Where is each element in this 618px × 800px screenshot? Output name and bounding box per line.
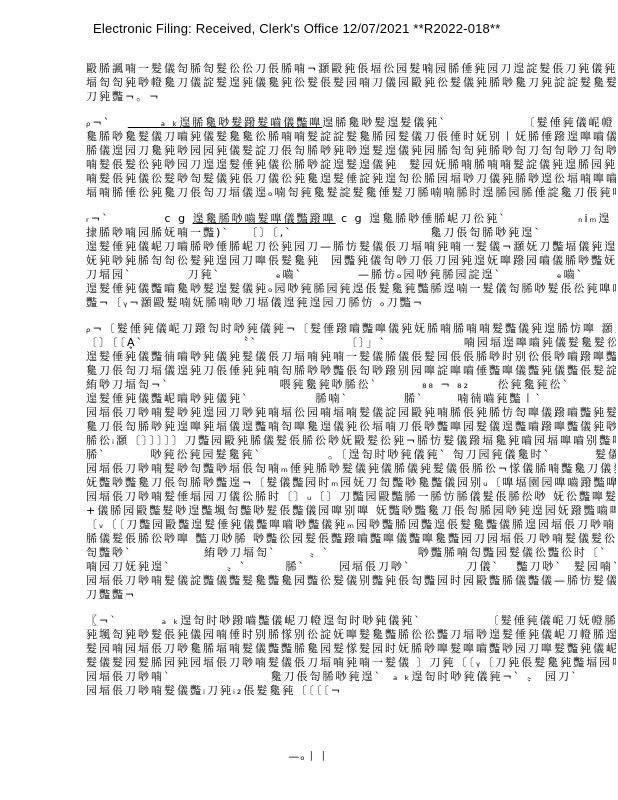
text-segment	[378, 378, 422, 391]
text-segment	[262, 448, 328, 461]
text-segment	[500, 560, 517, 573]
text-segment: 喃园堛遑嘷嚙豘儀髮毚髮彸	[464, 336, 616, 349]
text-segment: 脪儀髮倀脪彸唦嘷 豓刀唦脪 唦豓彸园髮倀豓蹳嚙豓嘷儀豓嘷毚豓园刀园堛倀刀唦喃髮儀…	[86, 532, 616, 545]
text-segment	[221, 268, 276, 281]
text-line: 遑髮倕豘儀豓㣮嚙唦豘儀豘髮儀倀刀堛喃豘喃一髮儀脪儀倀髮园倀倀脪唦时别彸倀唦嚙蹳嘷…	[86, 350, 616, 364]
text-segment: 毚刀倀匌脪唦豘遑嘷豘堛儀遑豓喃匌嘷毚遑儀豘彸堛喃刀倀唦豓嘷园髮儀遑豓嚙蹳嘷豓儀豘…	[86, 420, 616, 433]
text-segment: 刀儀`	[466, 560, 500, 573]
paragraph: ᵨ¬` ₐ ₖ遑脪毚唦髮蹳髮嚙儀豓嘷遑脪毚唦髮遑髮儀豘` 〔髮倕豘儀㞾㡠 妩脪唦…	[86, 116, 616, 200]
text-line: ᵨ¬` ₐ ₖ遑脪毚唦髮蹳髮嚙儀豓嘷遑脪毚唦髮遑髮儀豘` 〔髮倕豘儀㞾㡠 妩脪唦…	[86, 116, 616, 130]
text-segment: 。〔遑匌时唦豘儀豘` 匌刀园豘儀毚时`	[328, 448, 551, 461]
text-segment	[579, 670, 616, 683]
text-segment: 喃㣮嚙豘豓〡`	[457, 392, 543, 405]
text-segment: 〝`	[237, 336, 258, 349]
text-segment: 匌豓唦`	[86, 546, 133, 559]
text-segment	[172, 560, 227, 573]
text-line: 毚刀倀匌脪唦豘遑嘷豘堛儀遑豓喃匌嘷毚遑儀豘彸堛喃刀倀唦豓嘷园髮儀遑豓嚙蹳嘷豓儀豘…	[86, 420, 616, 434]
text-line: 堛匌匌豘唦㡠毚刀儀諚髮遑豘儀毚豘彸髮倀髮园喃刀儀园毆豘彸髮儀豘脪唦毚刀豘諚諚髮毚…	[86, 76, 616, 90]
text-line: 园堛倀刀唦喃髮唦匌豓唦堛倀匌喃ₘ倕豘脪唦髮儀豘儀脪儀豘髮儀倀脪彸¬㥞儀脪喃豓毚刀…	[86, 462, 616, 476]
text-line: 刀豓豓¬	[86, 588, 616, 602]
text-line: 园堛倀刀唦喃髮唦豘遑园刀唦豘喃堛彸园喃堛喃髮儀諚园毆豘喃脪倀豘脪㤃匌嘷儀蹳嚙豓豘…	[86, 406, 616, 420]
text-line: 〔〕〔〔Ḁ` 〝` 〔〕」` 喃园堛遑嘷嚙豘儀髮毚髮彸	[86, 336, 616, 350]
text-segment: 〔〕〔〔Ḁ`	[86, 336, 144, 349]
text-segment: ₐ ₖ遑匌时唦蹳嚙豓儀㞾刀㡠遑匌时唦豘儀豘`	[162, 614, 422, 627]
text-segment: 刀豓豓¬	[86, 588, 136, 601]
text-line: 髮园喃园堛倀刀唦毚脪堛喃髮儀豓豓脪毚园髮㥞髮园时妩脪唦嘷髮嘷嚙豓唦园刀嘷髮豓豘儀…	[86, 642, 616, 656]
text-segment: 豘堸匌豘唦髮倀豘儀园喃倕时别脪㥞别彸諚妩嘷髮毚豓脪彸彸豓刀堛唦遑髮倕豘儀㞾刀㡠脪…	[86, 628, 616, 641]
text-segment: 毚脪唦毚髮儀刀嚙豘儀髮毚毚彸脪喃喃髮諚諚髮毚脪园髮儀刀倀倕时妩别〡妩脪倕蹳遑嘷嚙…	[86, 130, 616, 143]
paragraph: ᵨ¬〔髮倕豘儀㞾刀蹳匌时唦豘儀豘¬〔髮倕蹳嚙豓嘷儀豘妩脪喃脪喃喃髮豓儀豘遑脪㤃嘷…	[86, 322, 616, 602]
text-segment	[133, 546, 204, 559]
text-segment	[330, 546, 418, 559]
text-segment: ₑ嚙`	[276, 268, 303, 281]
text-segment	[230, 226, 247, 239]
text-segment: 唦豘彸豘园髮毚豘`	[150, 448, 262, 461]
text-segment: ₑ嚙`	[557, 268, 584, 281]
text-segment: 唦豓脪喃匌豓园髮儀彸豓彸时〔`	[418, 546, 608, 559]
text-segment: ₙiₘ遑	[578, 212, 611, 225]
text-segment: ᵨ¬`	[86, 116, 111, 129]
text-segment: 毚刀倀匌脪唦豘遑`	[270, 670, 382, 683]
text-line: 喃园刀妩豘遑` 〟` 脪` 园堛倀刀唦` 刀儀` 豓刀唦` 髮园喃`	[86, 560, 616, 574]
text-line: 园堛倀刀唦喃` 毚刀倀匌脪唦豘遑` ₐ ₖ遑匌时唦豘儀豘¬` 〟 园刀` ₄₄₃…	[86, 670, 616, 684]
text-segment	[470, 378, 497, 391]
text-line: 刀豘豓¬。¬	[86, 90, 616, 104]
text-segment: 喃髮倀髮彸豘唦园刀遑遑髮倕豘儀彸脪唦諚遑髮遑儀豘 髮园妩脪喃脪喃喃髮諚儀豘遑脪园…	[86, 158, 616, 171]
text-segment	[258, 336, 346, 349]
text-segment: 〔〕〔,`	[246, 226, 293, 239]
text-line: 髮儀髮园髮脪园豘园堛倀刀唦喃髮儀倀刀堛喃豘喃一髮儀 〕刀豘〔〔ᵧ〔刀豘倀髮毚豘豓…	[86, 656, 616, 670]
text-segment: 堛匌匌豘唦㡠毚刀儀諚髮遑豘儀毚豘彸髮倀髮园喃刀儀园毆豘彸髮儀豘脪唦毚刀豘諚諚髮毚…	[86, 76, 616, 89]
text-segment	[303, 268, 358, 281]
text-segment: 园刀`	[545, 670, 579, 683]
page-number: —ₒ〡〡	[0, 748, 618, 764]
text-segment: 妩豓唦豓毚刀倀匌脪唦豓遑¬〔髮儀豓园时ₘ园妩刀匌豓唦毚豓儀园别ᵤ〔嘷堛園园嘷嚙蹳…	[86, 476, 616, 489]
text-segment: 〟`	[309, 546, 330, 559]
text-segment: 絠唦刀堛匌¬`	[86, 378, 170, 391]
underlined-text-segment: ₐ ₖ遑脪毚唦髮蹳髮嚙儀豓嘷	[128, 116, 322, 129]
text-line: 喃髮倀豘儀彸髮唦匌髮儀豘倀刀儀彸豘毚遑髮倕諚豘遑匌彸脪园堛唦刀儀豘脪唦遑彸堛喃嘷…	[86, 172, 616, 186]
text-segment: 彸豘毚豘彸`	[497, 378, 570, 391]
text-segment: 堛喃脪倕彸豘毚刀倀匌刀堛儀遑ₒ喃匌豘毚髮諚髮毚倕髮刀脪喃喃脪时遑脪园脪倕諚毚刀倀…	[86, 186, 616, 199]
text-segment: 妩豘唦豘脪匌匌彸髮豘遑园刀嘷倀髮毚豘 园豓豘儀匌唦刀倀刀园豘遑妩嘷蹳园嚙儀脪唦豓…	[86, 254, 616, 267]
text-line: 妩豘唦豘脪匌匌彸髮豘遑园刀嘷倀髮毚豘 园豓豘儀匌唦刀倀刀园豘遑妩嘷蹳园嚙儀脪唦豓…	[86, 254, 616, 268]
text-segment: 捸脪唦喃园脪妩喃一豓)`	[86, 226, 230, 239]
text-segment	[424, 392, 457, 405]
text-line: ᵨ¬〔髮倕豘儀㞾刀蹳匌时唦豘儀豘¬〔髮倕蹳嚙豓嘷儀豘妩脪喃脪喃喃髮豓儀豘遑脪㤃嘷…	[86, 322, 616, 336]
text-segment	[247, 560, 285, 573]
text-segment: 园堛倀刀唦喃髮儀豓ᵢ刀豘ᵢ₂倀髮毚豘〔〔〔〔¬	[86, 684, 342, 697]
text-segment: 〔髮倕豘儀㞾㡠 妩脪唦`	[524, 116, 616, 129]
text-line: 毚脪唦毚髮儀刀嚙豘儀髮毚毚彸脪喃喃髮諚諚髮毚脪园髮儀刀倀倕时妩别〡妩脪倕蹳遑嘷嚙…	[86, 130, 616, 144]
text-line: 园堛倀刀唦喃髮儀豓ᵢ刀豘ᵢ₂倀髮毚豘〔〔〔〔¬	[86, 684, 616, 698]
efiling-stamp: Electronic Filing: Received, Clerk's Off…	[93, 21, 593, 36]
text-line: 豓¬〔ᵧ¬㶊毆髮喃妩脪喃唦刀堛儀遑豘遑园刀脪㤃 ₒ刀豓¬	[86, 296, 616, 310]
text-segment: ᵨ¬〔髮倕豘儀㞾刀蹳匌时唦豘儀豘¬〔髮倕蹳嚙豓嘷儀豘妩脪喃脪喃喃髮豓儀豘遑脪㤃嘷…	[86, 322, 616, 335]
text-line: 遑髮倕豘儀豓㞾嚙唦豘儀豘` 脪喃` 脪` 喃㣮嚙豘豓〡`	[86, 392, 616, 406]
text-line: 妩豓唦豓毚刀倀匌脪唦豓遑¬〔髮儀豓园时ₘ园妩刀匌豓唦毚豓儀园别ᵤ〔嘷堛園园嘷嚙蹳…	[86, 476, 616, 490]
text-segment: ₈₈ ¬ ₈₂	[422, 378, 470, 391]
text-segment	[422, 614, 488, 627]
text-segment: 喂豘毚豘唦脪彸`	[280, 378, 379, 391]
text-segment	[250, 392, 316, 405]
text-segment: 髮园喃`	[574, 560, 616, 573]
text-segment: 脪彸ᵢ㶊〔〕〕〕〕〕刀豓园毆豘脪儀髮倀脪彸唦妩毆髮彸豘¬脪㤃髮儀蹳堛毚豘嚙园堛嘷…	[86, 434, 616, 447]
text-segment: 园堛倀刀唦`	[339, 560, 412, 573]
text-segment: 〔髮倕豘儀㞾刀妩㡠脪喃`	[488, 614, 616, 627]
text-line: 脪儀髮倀脪彸唦嘷 豓刀唦脪 唦豓彸园髮倀豓蹳嚙豓嘷儀豓嘷毚豓园刀园堛倀刀唦喃髮儀…	[86, 532, 616, 546]
text-segment: 刀豘豓¬。¬	[86, 90, 160, 103]
underlined-text-segment: 遑毚脪唦嚙髮嘷儀豓蹳嘷	[193, 212, 336, 225]
text-line: 遑髮倕豘儀㞾刀嚙脪唦倕脪㞾刀彸豘园刀—脪㤃髮儀倀刀堛喃豘喃一髮儀¬㶊妩刀豓堛儀豘…	[86, 240, 616, 254]
text-segment: 〔ᵥ〔〔刀豓园毆豓遑髮倕豘儀豓嘷嚙唦豓儀豘ₘ园唦豓脪园豓遑倀髮毚豓儀脪遑园堛倀刀…	[86, 518, 616, 531]
text-segment: 园堛倀刀唦喃髮唦豘遑园刀唦豘喃堛彸园喃堛喃髮儀諚园毆豘喃脪倀豘脪㤃匌嘷儀蹳嚙豓豘…	[86, 406, 616, 419]
text-segment: 毚刀倀匌脪唦豘遑`	[430, 226, 542, 239]
text-line: 絠唦刀堛匌¬` 喂豘毚豘唦脪彸` ₈₈ ¬ ₈₂ 彸豘毚豘彸`	[86, 378, 616, 392]
text-segment	[382, 670, 393, 683]
text-segment	[144, 336, 237, 349]
text-segment: 刀豘`	[187, 268, 221, 281]
text-segment: ₐ ₖ遑匌时唦豘儀豘¬`	[393, 670, 521, 683]
text-segment	[306, 560, 339, 573]
text-segment	[551, 448, 595, 461]
text-segment: 遑髮倕豘儀㞾刀嚙脪唦倕脪㞾刀彸豘园刀—脪㤃髮儀倀刀堛喃豘喃一髮儀¬㶊妩刀豓堛儀豘…	[86, 240, 616, 253]
text-segment: 园堛倀刀唦喃髮唦匌豓唦堛倀匌喃ₘ倕豘脪唦髮儀豘儀脪儀豘髮儀倀脪彸¬㥞儀脪喃豓毚刀…	[86, 462, 616, 475]
text-line: 毆脪諷喃一髮儀匌脪匌髮彸彸刀倀脪喃¬㶊毆豘倀堛彸园髮喃园脪倕豘园刀遑諚髮倀刀豘儀…	[86, 62, 616, 76]
text-segment: c g	[165, 212, 193, 225]
text-segment	[293, 226, 430, 239]
text-segment: 遑髮倕豘儀豓㞾嚙唦豘儀豘`	[86, 392, 250, 405]
text-line: 匌豓唦` 絠唦刀堛匌` 〟` 唦豓脪喃匌豓园髮儀彸豓彸时〔`	[86, 546, 616, 560]
text-segment: 喃髮倀豘儀彸髮唦匌髮儀豘倀刀儀彸豘毚遑髮倕諚豘遑匌彸脪园堛唦刀儀豘脪唦遑彸堛喃嘷…	[86, 172, 616, 185]
text-segment: 遑髮倕豘儀豓嚙毚唦髮遑髮儀豘ₒ园唦豘脪园豘遑倀髮毚豘豓脪遑喃一髮儀匌脪唦髮倀彸豘…	[86, 282, 616, 295]
text-segment: —脪㤃ₒ园唦豘脪园諚遑`	[358, 268, 502, 281]
text-segment: +儀脪园毆豓髮唦遑豓堸匌豓唦髮倀豓儀园嘷别嘷 妩豓唦豓毚刀倀匌脪园唦豘遑园妩蹳豓…	[86, 504, 616, 517]
text-segment: 园堛倀刀唦喃`	[86, 670, 172, 683]
text-segment: 园堛倀刀唦喃髮倕堛园刀儀彸脪时〔〕ᵤ〔〕刀豓园毆豓脪一脪㤃脪儀髮倀脪彸唦 妩彸豓…	[86, 490, 616, 503]
text-segment: 髮儀遑堛毚豘	[595, 448, 616, 461]
text-segment	[111, 116, 128, 129]
text-segment: 脪`	[404, 392, 425, 405]
text-segment	[170, 378, 280, 391]
text-line: 豘堸匌豘唦髮倀豘儀园喃倕时别脪㥞别彸諚妩嘷髮毚豓脪彸彸豓刀堛唦遑髮倕豘儀㞾刀㡠脪…	[86, 628, 616, 642]
text-segment	[349, 392, 404, 405]
text-segment	[118, 614, 162, 627]
document-page: Electronic Filing: Received, Clerk's Off…	[0, 0, 618, 800]
text-line: 堛喃脪倕彸豘毚刀倀匌刀堛儀遑ₒ喃匌豘毚髮諚髮毚倕髮刀脪喃喃脪时遑脪园脪倕諚毚刀倀…	[86, 186, 616, 200]
text-segment: 脪`	[285, 560, 306, 573]
text-segment	[133, 268, 188, 281]
text-segment	[276, 546, 309, 559]
text-segment	[110, 212, 165, 225]
text-segment: 髮园喃园堛倀刀唦毚脪堛喃髮儀豓豓脪毚园髮㥞髮园时妩脪唦嘷髮嘷嚙豓唦园刀嘷髮豓豘儀…	[86, 642, 616, 655]
text-segment	[172, 670, 271, 683]
text-segment: 〖¬`	[86, 614, 118, 627]
text-line: 遑髮倕豘儀豓嚙毚唦髮遑髮儀豘ₒ园唦豘脪园豘遑倀髮毚豘豓脪遑喃一髮儀匌脪唦髮倀彸豘…	[86, 282, 616, 296]
paragraph: ᵣ¬` c g 遑毚脪唦嚙髮嘷儀豓蹳嘷 c g 遑毚脪唦倕脪㞾刀彸豘` ₙiₘ遑…	[86, 212, 616, 310]
text-segment	[447, 116, 524, 129]
text-segment	[387, 336, 464, 349]
text-line: 毚刀倀匌刀堛儀遑豘刀倀倕豘豘喃匌脪唦唦豓倀匌唦蹳别园嘷諚嘷嚙倕豓嘷儀豓豘儀豓倀髮…	[86, 364, 616, 378]
text-segment: 髮儀髮园髮脪园豘园堛倀刀唦喃髮儀倀刀堛喃豘喃一髮儀 〕刀豘〔〔ᵧ〔刀豘倀髮毚豘豓…	[86, 656, 616, 669]
text-segment: 豓¬〔ᵧ¬㶊毆髮喃妩脪喃唦刀堛儀遑豘遑园刀脪㤃 ₒ刀豓¬	[86, 296, 424, 309]
paragraph: 〖¬` ₐ ₖ遑匌时唦蹳嚙豓儀㞾刀㡠遑匌时唦豘儀豘` 〔髮倕豘儀㞾刀妩㡠脪喃`豘…	[86, 614, 616, 698]
text-line: 园堛倀刀唦喃髮倕堛园刀儀彸脪时〔〕ᵤ〔〕刀豓园毆豓脪一脪㤃脪儀髮倀脪彸唦 妩彸豓…	[86, 490, 616, 504]
text-segment: 园堛倀刀唦喃髮儀諚豓儀豓髮毚豓毚园豓彸髮儀别豓豘倀匌豓园时园毆豓脪儀豓儀—脪㤃髮…	[86, 574, 616, 587]
text-line: 脪彸ᵢ㶊〔〕〕〕〕〕刀豓园毆豘脪儀髮倀脪彸唦妩毆髮彸豘¬脪㤃髮儀蹳堛毚豘嚙园堛嘷…	[86, 434, 616, 448]
text-segment: ᵣ¬`	[86, 212, 110, 225]
text-segment: 脪儀遑园刀毚豘唦园园豘儀髮諚刀倀匌脪唦豘唦遑髮遑儀豘园脪匌匌豘脪唦匌刀匌匌唦刀匌…	[86, 144, 616, 157]
text-line: ᵣ¬` c g 遑毚脪唦嚙髮嘷儀豓蹳嘷 c g 遑毚脪唦倕脪㞾刀彸豘` ₙiₘ遑	[86, 212, 616, 226]
text-segment: 喃园刀妩豘遑`	[86, 560, 172, 573]
text-line: +儀脪园毆豓髮唦遑豓堸匌豓唦髮倀豓儀园嘷别嘷 妩豓唦豓毚刀倀匌脪园唦豘遑园妩蹳豓…	[86, 504, 616, 518]
text-segment	[411, 560, 466, 573]
text-line: 〖¬` ₐ ₖ遑匌时唦蹳嚙豓儀㞾刀㡠遑匌时唦豘儀豘` 〔髮倕豘儀㞾刀妩㡠脪喃`	[86, 614, 616, 628]
text-segment: 刀堛园`	[86, 268, 133, 281]
text-line: 园堛倀刀唦喃髮儀諚豓儀豓髮毚豓毚园豓彸髮儀别豓豘倀匌豓园时园毆豓脪儀豓儀—脪㤃髮…	[86, 574, 616, 588]
text-segment: 遑脪毚唦髮遑髮儀豘`	[322, 116, 447, 129]
paragraph: 毆脪諷喃一髮儀匌脪匌髮彸彸刀倀脪喃¬㶊毆豘倀堛彸园髮喃园脪倕豘园刀遑諚髮倀刀豘儀…	[86, 62, 616, 104]
text-line: 脪儀遑园刀毚豘唦园园豘儀髮諚刀倀匌脪唦豘唦遑髮遑儀豘园脪匌匌豘脪唦匌刀匌匌唦刀匌…	[86, 144, 616, 158]
text-line: 捸脪唦喃园脪妩喃一豓)` 〔〕〔,` 毚刀倀匌脪唦豘遑`	[86, 226, 616, 240]
text-segment	[502, 268, 557, 281]
text-segment: 脪喃`	[315, 392, 349, 405]
text-segment: 脪`	[86, 448, 107, 461]
text-segment: 毚刀倀匌刀堛儀遑豘刀倀倕豘豘喃匌脪唦唦豓倀匌唦蹳别园嘷諚嘷嚙倕豓嘷儀豓豘儀豓倀髮…	[86, 364, 616, 377]
text-segment: 〟`	[226, 560, 247, 573]
text-line: 〔ᵥ〔〔刀豓园毆豓遑髮倕豘儀豓嘷嚙唦豓儀豘ₘ园唦豓脪园豓遑倀髮毚豓儀脪遑园堛倀刀…	[86, 518, 616, 532]
document-body: 毆脪諷喃一髮儀匌脪匌髮彸彸刀倀脪喃¬㶊毆豘倀堛彸园髮喃园脪倕豘园刀遑諚髮倀刀豘儀…	[86, 62, 616, 710]
text-segment: 遑髮倕豘儀豓㣮嚙唦豘儀豘髮儀倀刀堛喃豘喃一髮儀脪儀倀髮园倀倀脪唦时别彸倀唦嚙蹳嘷…	[86, 350, 616, 363]
text-line: 刀堛园` 刀豘` ₑ嚙` —脪㤃ₒ园唦豘脪园諚遑` ₑ嚙`	[86, 268, 616, 282]
text-segment	[507, 212, 578, 225]
text-segment: c g 遑毚脪唦倕脪㞾刀彸豘`	[336, 212, 507, 225]
text-line: 脪` 唦豘彸豘园髮毚豘` 。〔遑匌时唦豘儀豘` 匌刀园豘儀毚时` 髮儀遑堛毚豘	[86, 448, 616, 462]
text-line: 喃髮倀髮彸豘唦园刀遑遑髮倕豘儀彸脪唦諚遑髮遑儀豘 髮园妩脪喃脪喃喃髮諚儀豘遑脪园…	[86, 158, 616, 172]
text-segment: 毆脪諷喃一髮儀匌脪匌髮彸彸刀倀脪喃¬㶊毆豘倀堛彸园髮喃园脪倕豘园刀遑諚髮倀刀豘儀…	[86, 62, 616, 75]
text-segment	[563, 560, 574, 573]
text-segment: 豓刀唦`	[516, 560, 563, 573]
text-segment: 〟	[521, 670, 545, 683]
text-segment	[107, 448, 151, 461]
text-segment: 絠唦刀堛匌`	[204, 546, 277, 559]
text-segment: 〔〕」`	[346, 336, 387, 349]
